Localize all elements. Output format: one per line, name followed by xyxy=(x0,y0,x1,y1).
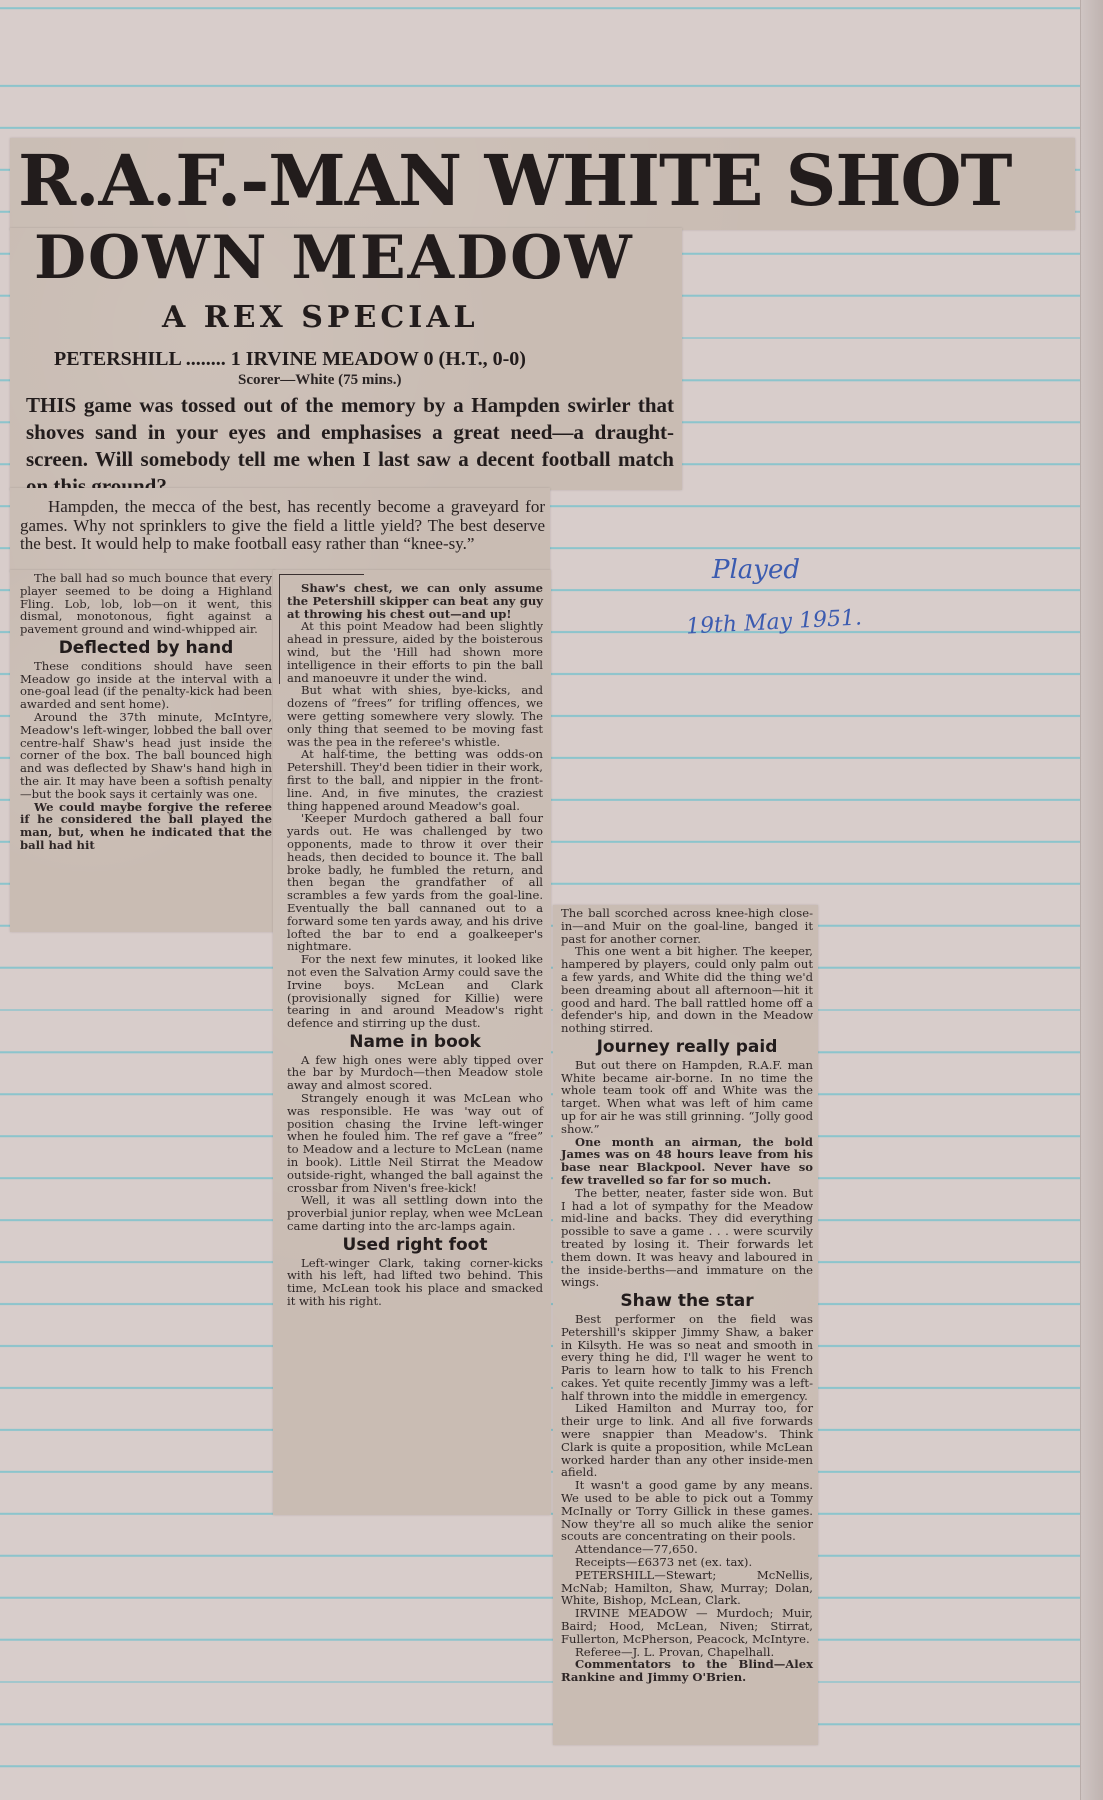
paragraph: Around the 37th minute, McIntyre, Meadow… xyxy=(20,711,272,801)
paragraph: Best performer on the field was Petershi… xyxy=(561,1313,813,1403)
subheading-name-in-book: Name in book xyxy=(287,1036,543,1049)
byline: A REX SPECIAL xyxy=(162,300,479,335)
petershill-team: PETERSHILL—Stewart; McNellis, McNab; Ham… xyxy=(561,1569,813,1607)
paragraph: But what with shies, bye-kicks, and doze… xyxy=(287,684,543,748)
article-top-clipping: DOWN MEADOW A REX SPECIAL PETERSHILL ...… xyxy=(10,228,682,490)
paragraph: The ball scorched across knee-high close… xyxy=(561,907,813,945)
column-rule xyxy=(279,574,364,575)
paragraph: We could maybe forgive the referee if he… xyxy=(20,801,272,852)
column-rule-vertical xyxy=(279,574,280,684)
scorer-line: Scorer—White (75 mins.) xyxy=(238,372,401,389)
score-line: PETERSHILL ........ 1 IRVINE MEADOW 0 (H… xyxy=(54,348,526,371)
paragraph: Shaw's chest, we can only assume the Pet… xyxy=(287,582,543,620)
paragraph: But out there on Hampden, R.A.F. man Whi… xyxy=(561,1059,813,1136)
paragraph: This one went a bit higher. The keeper, … xyxy=(561,945,813,1035)
column-3-clipping: The ball scorched across knee-high close… xyxy=(553,905,818,1745)
paragraph: These conditions should have seen Meadow… xyxy=(20,660,272,711)
paragraph: It wasn't a good game by any means. We u… xyxy=(561,1479,813,1543)
column-2: Shaw's chest, we can only assume the Pet… xyxy=(287,582,543,1308)
paragraph: Strangely enough it was McLean who was r… xyxy=(287,1092,543,1194)
scrapbook-page-edge xyxy=(1080,0,1103,1800)
paragraph: At this point Meadow had been slightly a… xyxy=(287,620,543,684)
paragraph: Left-winger Clark, taking corner-kicks w… xyxy=(287,1257,543,1308)
subheading-shaw-the-star: Shaw the star xyxy=(561,1295,813,1308)
headline-line-1: R.A.F.-MAN WHITE SHOT xyxy=(18,146,1012,216)
paragraph: 'Keeper Murdoch gathered a ball four yar… xyxy=(287,812,543,953)
intro-paragraph: Hampden, the mecca of the best, has rece… xyxy=(20,498,545,554)
paragraph: For the next few minutes, it looked like… xyxy=(287,953,543,1030)
intro-clipping: Hampden, the mecca of the best, has rece… xyxy=(10,488,550,572)
lead-paragraph: THIS game was tossed out of the memory b… xyxy=(26,392,674,500)
paragraph: Well, it was all settling down into the … xyxy=(287,1194,543,1232)
headline-clipping: R.A.F.-MAN WHITE SHOT xyxy=(10,138,1075,230)
subheading-used-right-foot: Used right foot xyxy=(287,1239,543,1252)
handwritten-played: Played xyxy=(712,555,800,585)
paragraph: At half-time, the betting was odds-on Pe… xyxy=(287,748,543,812)
column-1: The ball had so much bounce that every p… xyxy=(20,572,272,852)
column-2-clipping: Shaw's chest, we can only assume the Pet… xyxy=(273,570,551,1515)
paragraph: The ball had so much bounce that every p… xyxy=(20,572,272,636)
commentators: Commentators to the Blind—Alex Rankine a… xyxy=(561,1658,813,1684)
paragraph: A few high ones were ably tipped over th… xyxy=(287,1054,543,1092)
subheading-journey-really-paid: Journey really paid xyxy=(561,1041,813,1054)
headline-line-2: DOWN MEADOW xyxy=(34,228,634,288)
handwritten-date: 19th May 1951. xyxy=(685,605,862,639)
subheading-deflected-by-hand: Deflected by hand xyxy=(20,642,272,655)
paragraph: The better, neater, faster side won. But… xyxy=(561,1187,813,1289)
column-1-clipping: The ball had so much bounce that every p… xyxy=(10,570,275,932)
paragraph: Liked Hamilton and Murray too, for their… xyxy=(561,1402,813,1479)
column-3: The ball scorched across knee-high close… xyxy=(561,907,813,1684)
paragraph: One month an airman, the bold James was … xyxy=(561,1136,813,1187)
irvine-meadow-team: IRVINE MEADOW — Murdoch; Muir, Baird; Ho… xyxy=(561,1607,813,1645)
receipts: Receipts—£6373 net (ex. tax). xyxy=(561,1556,813,1569)
